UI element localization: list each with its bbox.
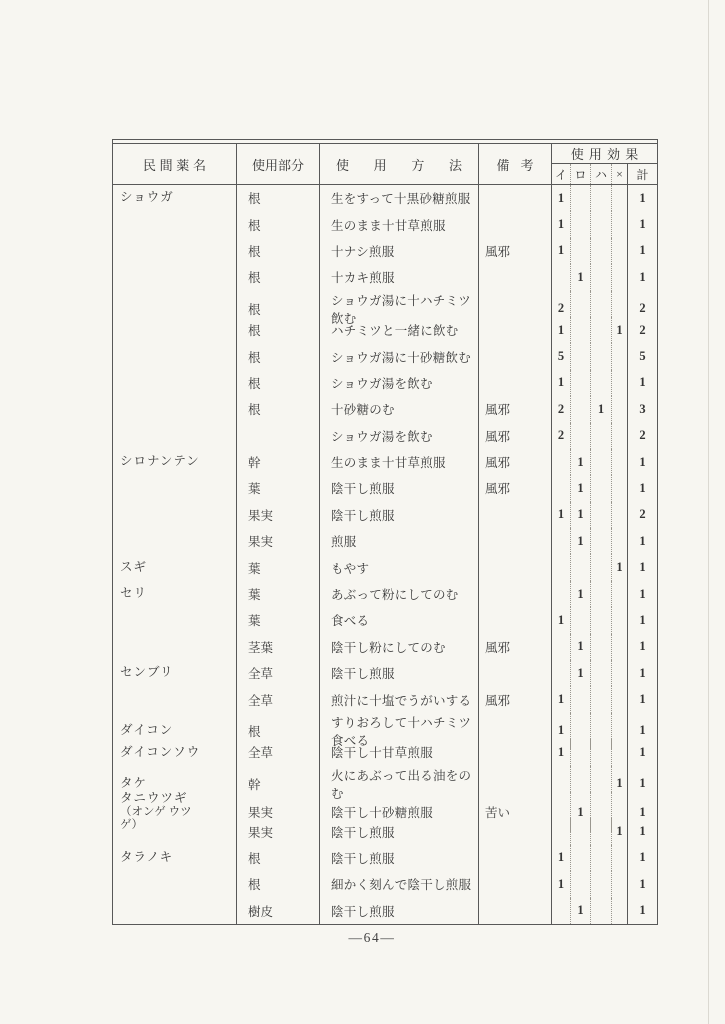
effect-x-cell (611, 660, 627, 686)
medicine-name-cell (113, 634, 236, 660)
effect-i-cell: 1 (551, 502, 570, 528)
effect-x-cell (611, 581, 627, 607)
medicine-name-cell (113, 317, 236, 343)
effect-ha-cell (590, 475, 611, 501)
effect-x-cell (611, 739, 627, 765)
effect-ro-cell (570, 818, 590, 844)
effect-ha-cell (590, 581, 611, 607)
table-row: 根 十砂糖のむ 風邪 2 1 3 (113, 396, 657, 422)
used-part-cell: 根 (236, 396, 319, 422)
effect-ro-cell: 1 (570, 634, 590, 660)
medicine-name: セリ (120, 587, 147, 601)
used-part-cell: 根 (236, 264, 319, 290)
table-row: 樹皮 陰干し煎服 1 1 (113, 898, 657, 924)
effect-ha-cell (590, 449, 611, 475)
medicine-name: ダイコンソウ (120, 746, 200, 760)
usage-method-cell: 陰干し煎服 (319, 475, 478, 501)
used-part-cell: 葉 (236, 554, 319, 580)
effect-ha-cell (590, 264, 611, 290)
usage-method-cell: 陰干し煎服 (319, 845, 478, 871)
remark-cell (478, 502, 551, 528)
effect-ha-cell (590, 686, 611, 712)
usage-method-cell: 生をすって十黒砂糖煎服 (319, 185, 478, 211)
effect-i-cell (551, 634, 570, 660)
remark-cell (478, 554, 551, 580)
used-part-cell: 根 (236, 845, 319, 871)
used-part-cell: 茎葉 (236, 634, 319, 660)
effect-x-cell (611, 211, 627, 237)
usage-method-cell: 十ナシ煎服 (319, 238, 478, 264)
effect-total-cell: 1 (627, 581, 657, 607)
effect-ro-cell (570, 554, 590, 580)
remark-cell (478, 739, 551, 765)
table-row: 根 生のまま十甘草煎服 1 1 (113, 211, 657, 237)
effect-total-cell: 2 (627, 423, 657, 449)
effect-ro-cell (570, 211, 590, 237)
used-part-cell: 根 (236, 211, 319, 237)
remark-cell (478, 370, 551, 396)
medicine-name: センブリ (120, 666, 174, 680)
header-used-part: 使用部分 (236, 144, 319, 184)
effect-total-cell: 1 (627, 818, 657, 844)
table-row: ダイコンソウ 全草 陰干し十甘草煎服 1 1 (113, 739, 657, 765)
effect-i-cell (551, 818, 570, 844)
remark-cell (478, 660, 551, 686)
medicine-name-cell: センブリ (113, 660, 236, 686)
effect-total-cell: 1 (627, 898, 657, 924)
table-row: ショウガ湯を飲む 風邪 2 2 (113, 423, 657, 449)
header-effect-col-kei: 計 (627, 164, 657, 184)
effect-ro-cell (570, 317, 590, 343)
medicine-name-cell (113, 475, 236, 501)
effect-x-cell (611, 871, 627, 897)
effect-i-cell: 5 (551, 343, 570, 369)
effect-i-cell (551, 581, 570, 607)
medicine-name: タニウツギ (120, 792, 188, 806)
medicine-name: スギ (120, 561, 147, 575)
effect-total-cell: 5 (627, 343, 657, 369)
effect-i-cell: 1 (551, 739, 570, 765)
table-row: 全草 煎汁に十塩でうがいする 風邪 1 1 (113, 686, 657, 712)
effect-ha-cell (590, 739, 611, 765)
effect-i-cell: 1 (551, 686, 570, 712)
medicine-name-cell (113, 238, 236, 264)
usage-method-cell: 陰干し煎服 (319, 818, 478, 844)
usage-method-cell: 陰干し十甘草煎服 (319, 739, 478, 765)
effect-i-cell: 1 (551, 211, 570, 237)
effect-i-cell (551, 554, 570, 580)
effect-ro-cell (570, 607, 590, 633)
remark-cell (478, 528, 551, 554)
table-row: 葉 陰干し煎服 風邪 1 1 (113, 475, 657, 501)
used-part-cell: 全草 (236, 660, 319, 686)
effect-x-cell (611, 502, 627, 528)
effect-i-cell: 2 (551, 396, 570, 422)
used-part-cell: 果実 (236, 528, 319, 554)
effect-x-cell (611, 607, 627, 633)
effect-ha-cell (590, 211, 611, 237)
table-row: 根 ショウガ湯に十ハチミツ飲む 2 2 (113, 291, 657, 317)
effect-x-cell (611, 370, 627, 396)
usage-method-cell: あぶって粉にしてのむ (319, 581, 478, 607)
effect-ro-cell (570, 343, 590, 369)
remark-cell (478, 818, 551, 844)
header-medicine-name-label: 民間薬名 (143, 155, 210, 174)
effect-total-cell: 1 (627, 475, 657, 501)
header-usage-effect: 使用効果 (551, 144, 657, 164)
effect-total-cell: 1 (627, 449, 657, 475)
table-row: ダイコン 根 すりおろして十ハチミツ食べる 1 1 (113, 713, 657, 739)
effect-x-cell (611, 475, 627, 501)
header-effect-col-ro: ロ (570, 164, 590, 184)
header-usage-method-label: 使用方法 (336, 155, 487, 174)
header-used-part-label: 使用部分 (252, 155, 304, 174)
effect-x-cell: 1 (611, 818, 627, 844)
effect-ha-cell (590, 185, 611, 211)
effect-x-cell (611, 634, 627, 660)
used-part-cell: 根 (236, 370, 319, 396)
medicine-name-cell (113, 396, 236, 422)
medicine-name-cell (113, 423, 236, 449)
remark-cell (478, 845, 551, 871)
effect-ha-cell (590, 502, 611, 528)
table-row: ショウガ 根 生をすって十黒砂糖煎服 1 1 (113, 185, 657, 211)
effect-ro-cell: 1 (570, 475, 590, 501)
effect-ha-cell (590, 660, 611, 686)
used-part-cell: 葉 (236, 581, 319, 607)
medicine-name-cell: ショウガ (113, 185, 236, 211)
medicine-name: ダイコン (120, 724, 173, 738)
effect-ro-cell (570, 370, 590, 396)
effect-total-cell: 1 (627, 370, 657, 396)
usage-method-cell: ショウガ湯に十砂糖飲む (319, 343, 478, 369)
table-row: 根 十ナシ煎服 風邪 1 1 (113, 238, 657, 264)
effect-ro-cell (570, 845, 590, 871)
effect-i-cell: 1 (551, 871, 570, 897)
medicine-name-cell (113, 370, 236, 396)
usage-method-cell: 陰干し煎服 (319, 502, 478, 528)
effect-x-cell (611, 528, 627, 554)
remark-cell (478, 607, 551, 633)
usage-method-cell: 陰干し煎服 (319, 898, 478, 924)
effect-x-cell: 1 (611, 317, 627, 343)
effect-total-cell: 1 (627, 845, 657, 871)
table-row: タケ 幹 火にあぶって出る油をのむ 1 1 (113, 766, 657, 792)
medicine-name-cell (113, 818, 236, 844)
usage-method-cell: 十カキ煎服 (319, 264, 478, 290)
effect-total-cell: 1 (627, 554, 657, 580)
effect-x-cell (611, 449, 627, 475)
medicine-name-cell (113, 686, 236, 712)
used-part-cell: 根 (236, 871, 319, 897)
usage-method-cell: 十砂糖のむ (319, 396, 478, 422)
table-row: シロナンテン 幹 生のまま十甘草煎服 風邪 1 1 (113, 449, 657, 475)
effect-ro-cell (570, 739, 590, 765)
usage-method-cell: もやす (319, 554, 478, 580)
effect-i-cell: 1 (551, 185, 570, 211)
usage-method-cell: 生のまま十甘草煎服 (319, 449, 478, 475)
effect-ha-cell (590, 898, 611, 924)
table-row: 根 ハチミツと一緒に飲む 1 1 2 (113, 317, 657, 343)
used-part-cell: 全草 (236, 739, 319, 765)
used-part-cell: 樹皮 (236, 898, 319, 924)
medicine-name-cell (113, 607, 236, 633)
header-effect-col-x: × (611, 164, 627, 184)
medicine-name-cell (113, 871, 236, 897)
page-number: —64— (322, 930, 422, 946)
usage-method-cell: ハチミツと一緒に飲む (319, 317, 478, 343)
usage-method-cell: 食べる (319, 607, 478, 633)
remark-cell (478, 871, 551, 897)
effect-i-cell: 2 (551, 423, 570, 449)
effect-ha-cell (590, 317, 611, 343)
used-part-cell: 果実 (236, 502, 319, 528)
remark-cell (478, 317, 551, 343)
usage-method-cell: 細かく刻んで陰干し煎服 (319, 871, 478, 897)
remark-cell: 風邪 (478, 396, 551, 422)
table-row: 根 細かく刻んで陰干し煎服 1 1 (113, 871, 657, 897)
header-effect-col-ha: ハ (590, 164, 611, 184)
effect-i-cell: 1 (551, 845, 570, 871)
effect-total-cell: 1 (627, 264, 657, 290)
effect-ha-cell (590, 238, 611, 264)
table-row: スギ 葉 もやす 1 1 (113, 554, 657, 580)
remark-cell: 風邪 (478, 634, 551, 660)
effect-ro-cell: 1 (570, 581, 590, 607)
table-row: 葉 食べる 1 1 (113, 607, 657, 633)
effect-ro-cell: 1 (570, 449, 590, 475)
effect-total-cell: 1 (627, 871, 657, 897)
table-row: センブリ 全草 陰干し煎服 1 1 (113, 660, 657, 686)
remark-cell: 風邪 (478, 423, 551, 449)
effect-x-cell (611, 686, 627, 712)
used-part-cell: 葉 (236, 475, 319, 501)
table-row: タニウツギ （オンゲ ウツゲ） 果実 陰干し十砂糖煎服 苦い 1 1 (113, 792, 657, 818)
effect-x-cell (611, 343, 627, 369)
header-effect-col-i: イ (551, 164, 570, 184)
effect-ro-cell: 1 (570, 264, 590, 290)
medicine-name-cell: セリ (113, 581, 236, 607)
used-part-cell: 果実 (236, 818, 319, 844)
effect-i-cell (551, 264, 570, 290)
table-header: 民間薬名 使用部分 使用方法 備考 使用効果 イ ロ ハ × 計 (113, 144, 657, 185)
effect-ha-cell (590, 818, 611, 844)
effect-total-cell: 1 (627, 528, 657, 554)
medicine-name-cell (113, 264, 236, 290)
folk-medicine-table: 民間薬名 使用部分 使用方法 備考 使用効果 イ ロ ハ × 計 ショウガ 根 … (112, 139, 658, 925)
effect-i-cell: 1 (551, 238, 570, 264)
effect-x-cell: 1 (611, 554, 627, 580)
medicine-name-cell (113, 211, 236, 237)
remark-cell: 風邪 (478, 686, 551, 712)
effect-i-cell: 1 (551, 370, 570, 396)
used-part-cell: 根 (236, 238, 319, 264)
table-row: 根 十カキ煎服 1 1 (113, 264, 657, 290)
effect-total-cell: 1 (627, 686, 657, 712)
effect-i-cell (551, 660, 570, 686)
used-part-cell: 根 (236, 317, 319, 343)
effect-ro-cell: 1 (570, 898, 590, 924)
medicine-name: タラノキ (120, 851, 173, 865)
usage-method-cell: 生のまま十甘草煎服 (319, 211, 478, 237)
effect-ro-cell (570, 238, 590, 264)
remark-cell (478, 898, 551, 924)
table-row: 果実 煎服 1 1 (113, 528, 657, 554)
effect-ro-cell: 1 (570, 660, 590, 686)
effect-x-cell (611, 396, 627, 422)
effect-ro-cell (570, 686, 590, 712)
table-row: 根 ショウガ湯を飲む 1 1 (113, 370, 657, 396)
effect-ha-cell (590, 845, 611, 871)
medicine-name-cell (113, 898, 236, 924)
effect-total-cell: 1 (627, 185, 657, 211)
used-part-cell: 葉 (236, 607, 319, 633)
medicine-name: タケ (120, 777, 147, 791)
effect-total-cell: 2 (627, 502, 657, 528)
table-row: タラノキ 根 陰干し煎服 1 1 (113, 845, 657, 871)
effect-total-cell: 1 (627, 238, 657, 264)
effect-ha-cell (590, 423, 611, 449)
used-part-cell: 全草 (236, 686, 319, 712)
usage-method-cell: 煎服 (319, 528, 478, 554)
effect-x-cell (611, 264, 627, 290)
remark-cell: 風邪 (478, 449, 551, 475)
used-part-cell: 幹 (236, 449, 319, 475)
effect-ro-cell (570, 871, 590, 897)
effect-i-cell (551, 528, 570, 554)
effect-ha-cell: 1 (590, 396, 611, 422)
usage-method-cell: ショウガ湯を飲む (319, 423, 478, 449)
medicine-name-cell (113, 528, 236, 554)
header-remark-label: 備考 (496, 155, 544, 174)
effect-ro-cell: 1 (570, 528, 590, 554)
effect-total-cell: 1 (627, 607, 657, 633)
medicine-name: ショウガ (120, 191, 174, 205)
effect-x-cell (611, 185, 627, 211)
effect-ro-cell (570, 396, 590, 422)
table-row: 果実 陰干し煎服 1 1 (113, 818, 657, 844)
medicine-name-cell: スギ (113, 554, 236, 580)
scan-edge-line (708, 0, 709, 1024)
effect-ha-cell (590, 343, 611, 369)
remark-cell (478, 185, 551, 211)
effect-i-cell: 1 (551, 607, 570, 633)
effect-total-cell: 1 (627, 739, 657, 765)
effect-x-cell (611, 898, 627, 924)
header-remark: 備考 (478, 144, 551, 184)
remark-cell (478, 211, 551, 237)
effect-total-cell: 1 (627, 211, 657, 237)
effect-i-cell: 1 (551, 317, 570, 343)
medicine-name-cell (113, 343, 236, 369)
table-row: 根 ショウガ湯に十砂糖飲む 5 5 (113, 343, 657, 369)
medicine-name-cell (113, 502, 236, 528)
effect-ha-cell (590, 528, 611, 554)
effect-ha-cell (590, 871, 611, 897)
usage-method-cell: ショウガ湯を飲む (319, 370, 478, 396)
medicine-name-cell: タラノキ (113, 845, 236, 871)
used-part-cell: 根 (236, 185, 319, 211)
effect-i-cell (551, 475, 570, 501)
medicine-name-cell: ダイコンソウ (113, 739, 236, 765)
table-row: セリ 葉 あぶって粉にしてのむ 1 1 (113, 581, 657, 607)
header-usage-method: 使用方法 (319, 144, 478, 184)
effect-i-cell (551, 898, 570, 924)
effect-ro-cell: 1 (570, 502, 590, 528)
usage-method-cell: 陰干し粉にしてのむ (319, 634, 478, 660)
effect-ha-cell (590, 607, 611, 633)
usage-method-cell: 陰干し煎服 (319, 660, 478, 686)
effect-total-cell: 1 (627, 634, 657, 660)
effect-ha-cell (590, 370, 611, 396)
header-medicine-name: 民間薬名 (113, 144, 236, 184)
used-part-cell: 根 (236, 343, 319, 369)
effect-ha-cell (590, 634, 611, 660)
table-row: 茎葉 陰干し粉にしてのむ 風邪 1 1 (113, 634, 657, 660)
effect-total-cell: 1 (627, 660, 657, 686)
effect-total-cell: 2 (627, 317, 657, 343)
used-part-cell (236, 423, 319, 449)
table-body: ショウガ 根 生をすって十黒砂糖煎服 1 1 根 生のまま十甘草煎服 1 1 根… (113, 185, 657, 924)
effect-x-cell (611, 845, 627, 871)
remark-cell (478, 581, 551, 607)
remark-cell: 風邪 (478, 475, 551, 501)
usage-method-cell: 煎汁に十塩でうがいする (319, 686, 478, 712)
medicine-name-cell: シロナンテン (113, 449, 236, 475)
medicine-name: シロナンテン (120, 455, 200, 469)
effect-ro-cell (570, 423, 590, 449)
remark-cell (478, 264, 551, 290)
effect-i-cell (551, 449, 570, 475)
effect-x-cell (611, 238, 627, 264)
remark-cell: 風邪 (478, 238, 551, 264)
effect-ha-cell (590, 554, 611, 580)
header-usage-effect-label: 使用効果 (571, 144, 644, 163)
remark-cell (478, 343, 551, 369)
table-row: 果実 陰干し煎服 1 1 2 (113, 502, 657, 528)
effect-total-cell: 3 (627, 396, 657, 422)
effect-ro-cell (570, 185, 590, 211)
effect-x-cell (611, 423, 627, 449)
